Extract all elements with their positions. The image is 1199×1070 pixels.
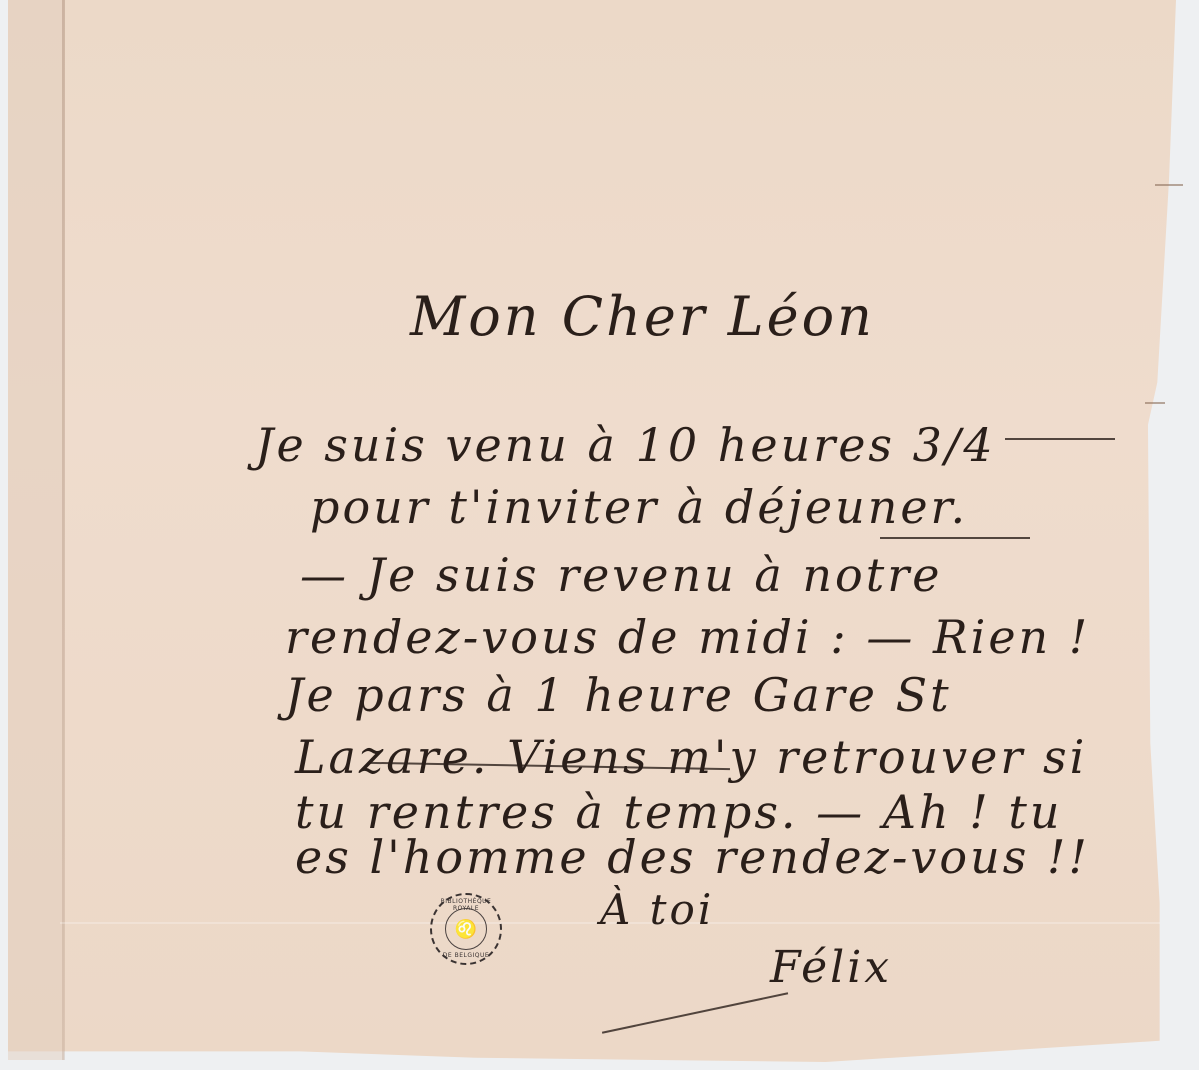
letter-line-3: — Je suis revenu à notre bbox=[300, 548, 942, 602]
vertical-fold-crease bbox=[62, 0, 65, 1060]
letter-line-5: Je pars à 1 heure Gare St bbox=[285, 668, 952, 722]
stamp-bottom-text: DE BELGIQUE bbox=[438, 952, 494, 959]
letter-line-1: Je suis venu à 10 heures 3/4 bbox=[255, 418, 996, 472]
library-stamp: BIBLIOTHÈQUE ROYALE ♌ DE BELGIQUE bbox=[430, 893, 502, 965]
folded-margin bbox=[8, 0, 64, 1060]
edge-tear bbox=[1155, 184, 1183, 186]
closing: À toi bbox=[600, 885, 714, 934]
letter-line-4: rendez-vous de midi : — Rien ! bbox=[285, 610, 1090, 664]
ink-underline bbox=[880, 537, 1030, 539]
stamp-top-text: BIBLIOTHÈQUE ROYALE bbox=[438, 898, 494, 912]
letter-line-2: pour t'inviter à déjeuner. bbox=[310, 480, 968, 534]
signature: Félix bbox=[770, 942, 892, 993]
lion-emblem-icon: ♌ bbox=[445, 908, 487, 950]
edge-tear bbox=[1145, 402, 1165, 404]
ink-underline bbox=[1005, 438, 1115, 440]
letter-line-6: Lazare. Viens m'y retrouver si bbox=[295, 730, 1087, 784]
salutation: Mon Cher Léon bbox=[410, 285, 875, 348]
letter-line-8: es l'homme des rendez-vous !! bbox=[295, 830, 1090, 884]
